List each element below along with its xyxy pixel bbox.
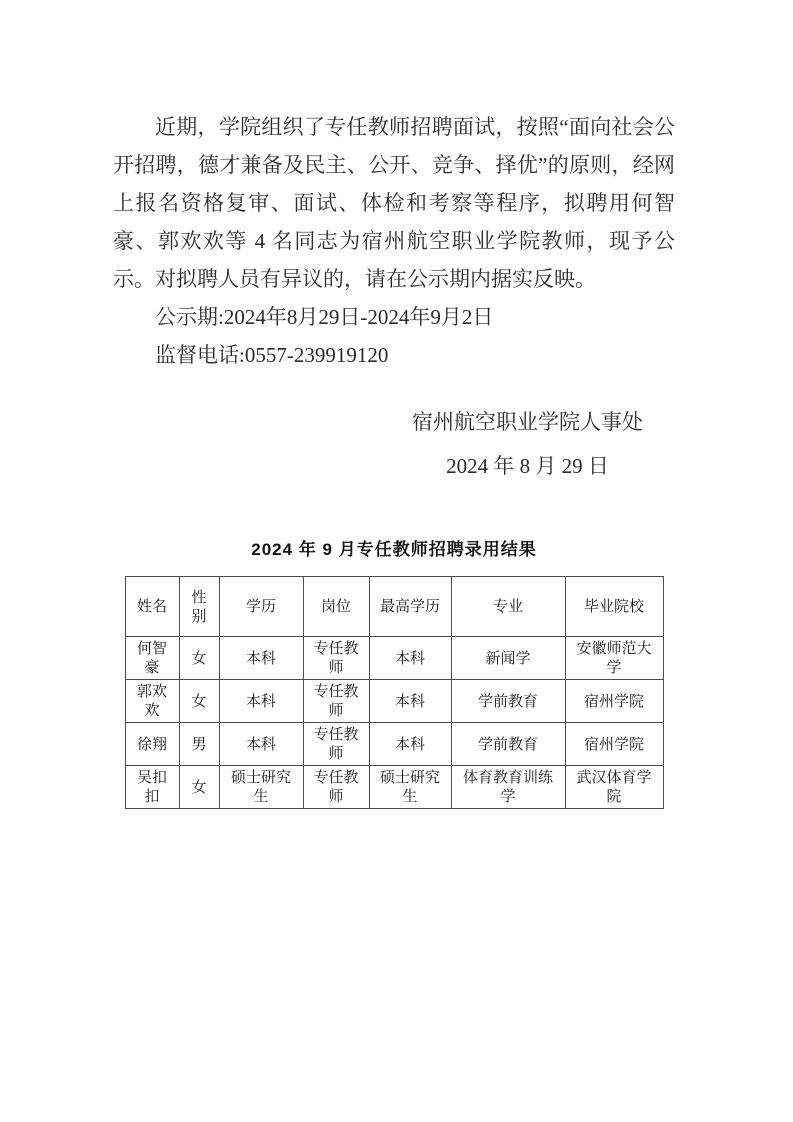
table-cell: 体育教育训练学	[451, 766, 565, 809]
supervision-phone-line: 监督电话:0557-239919120	[113, 336, 675, 374]
document-content: 近期，学院组织了专任教师招聘面试，按照“面向社会公开招聘，德才兼备及民主、公开、…	[0, 0, 793, 809]
signature-block: 宿州航空职业学院人事处 2024 年 8 月 29 日	[412, 400, 643, 488]
table-cell: 本科	[369, 637, 451, 680]
table-cell: 女	[179, 766, 219, 809]
table-row: 何智豪女本科专任教师本科新闻学安徽师范大学	[125, 637, 663, 680]
table-cell: 男	[179, 723, 219, 766]
table-cell: 学前教育	[451, 680, 565, 723]
table-cell: 女	[179, 637, 219, 680]
table-cell: 何智豪	[125, 637, 179, 680]
table-cell: 本科	[219, 637, 303, 680]
recruitment-result-table: 姓名性别学历岗位最高学历专业毕业院校 何智豪女本科专任教师本科新闻学安徽师范大学…	[125, 576, 664, 809]
table-title: 2024 年 9 月专任教师招聘录用结果	[113, 535, 675, 560]
table-cell: 专任教师	[303, 723, 369, 766]
table-cell: 新闻学	[451, 637, 565, 680]
table-cell: 学前教育	[451, 723, 565, 766]
table-cell: 本科	[369, 723, 451, 766]
table-row: 郭欢欢女本科专任教师本科学前教育宿州学院	[125, 680, 663, 723]
column-header: 专业	[451, 577, 565, 637]
column-header: 岗位	[303, 577, 369, 637]
table-header-row: 姓名性别学历岗位最高学历专业毕业院校	[125, 577, 663, 637]
column-header: 性别	[179, 577, 219, 637]
column-header: 毕业院校	[565, 577, 663, 637]
table-cell: 宿州学院	[565, 680, 663, 723]
table-cell: 郭欢欢	[125, 680, 179, 723]
publicity-period-line: 公示期:2024年8月29日-2024年9月2日	[113, 298, 675, 336]
table-cell: 徐翔	[125, 723, 179, 766]
document-page: 近期，学院组织了专任教师招聘面试，按照“面向社会公开招聘，德才兼备及民主、公开、…	[0, 0, 793, 1122]
table-cell: 吴扣扣	[125, 766, 179, 809]
table-cell: 专任教师	[303, 637, 369, 680]
table-row: 吴扣扣女硕士研究生专任教师硕士研究生体育教育训练学武汉体育学院	[125, 766, 663, 809]
table-cell: 本科	[219, 680, 303, 723]
column-header: 姓名	[125, 577, 179, 637]
signature-org: 宿州航空职业学院人事处	[412, 400, 643, 444]
table-cell: 本科	[369, 680, 451, 723]
table-cell: 女	[179, 680, 219, 723]
signature-date: 2024 年 8 月 29 日	[412, 444, 643, 488]
table-row: 徐翔男本科专任教师本科学前教育宿州学院	[125, 723, 663, 766]
table-cell: 硕士研究生	[219, 766, 303, 809]
table-cell: 硕士研究生	[369, 766, 451, 809]
table-cell: 武汉体育学院	[565, 766, 663, 809]
column-header: 最高学历	[369, 577, 451, 637]
table-cell: 专任教师	[303, 680, 369, 723]
table-cell: 专任教师	[303, 766, 369, 809]
column-header: 学历	[219, 577, 303, 637]
table-cell: 宿州学院	[565, 723, 663, 766]
announcement-paragraph: 近期，学院组织了专任教师招聘面试，按照“面向社会公开招聘，德才兼备及民主、公开、…	[113, 108, 675, 298]
table-cell: 安徽师范大学	[565, 637, 663, 680]
table-cell: 本科	[219, 723, 303, 766]
table-body: 何智豪女本科专任教师本科新闻学安徽师范大学郭欢欢女本科专任教师本科学前教育宿州学…	[125, 637, 663, 809]
